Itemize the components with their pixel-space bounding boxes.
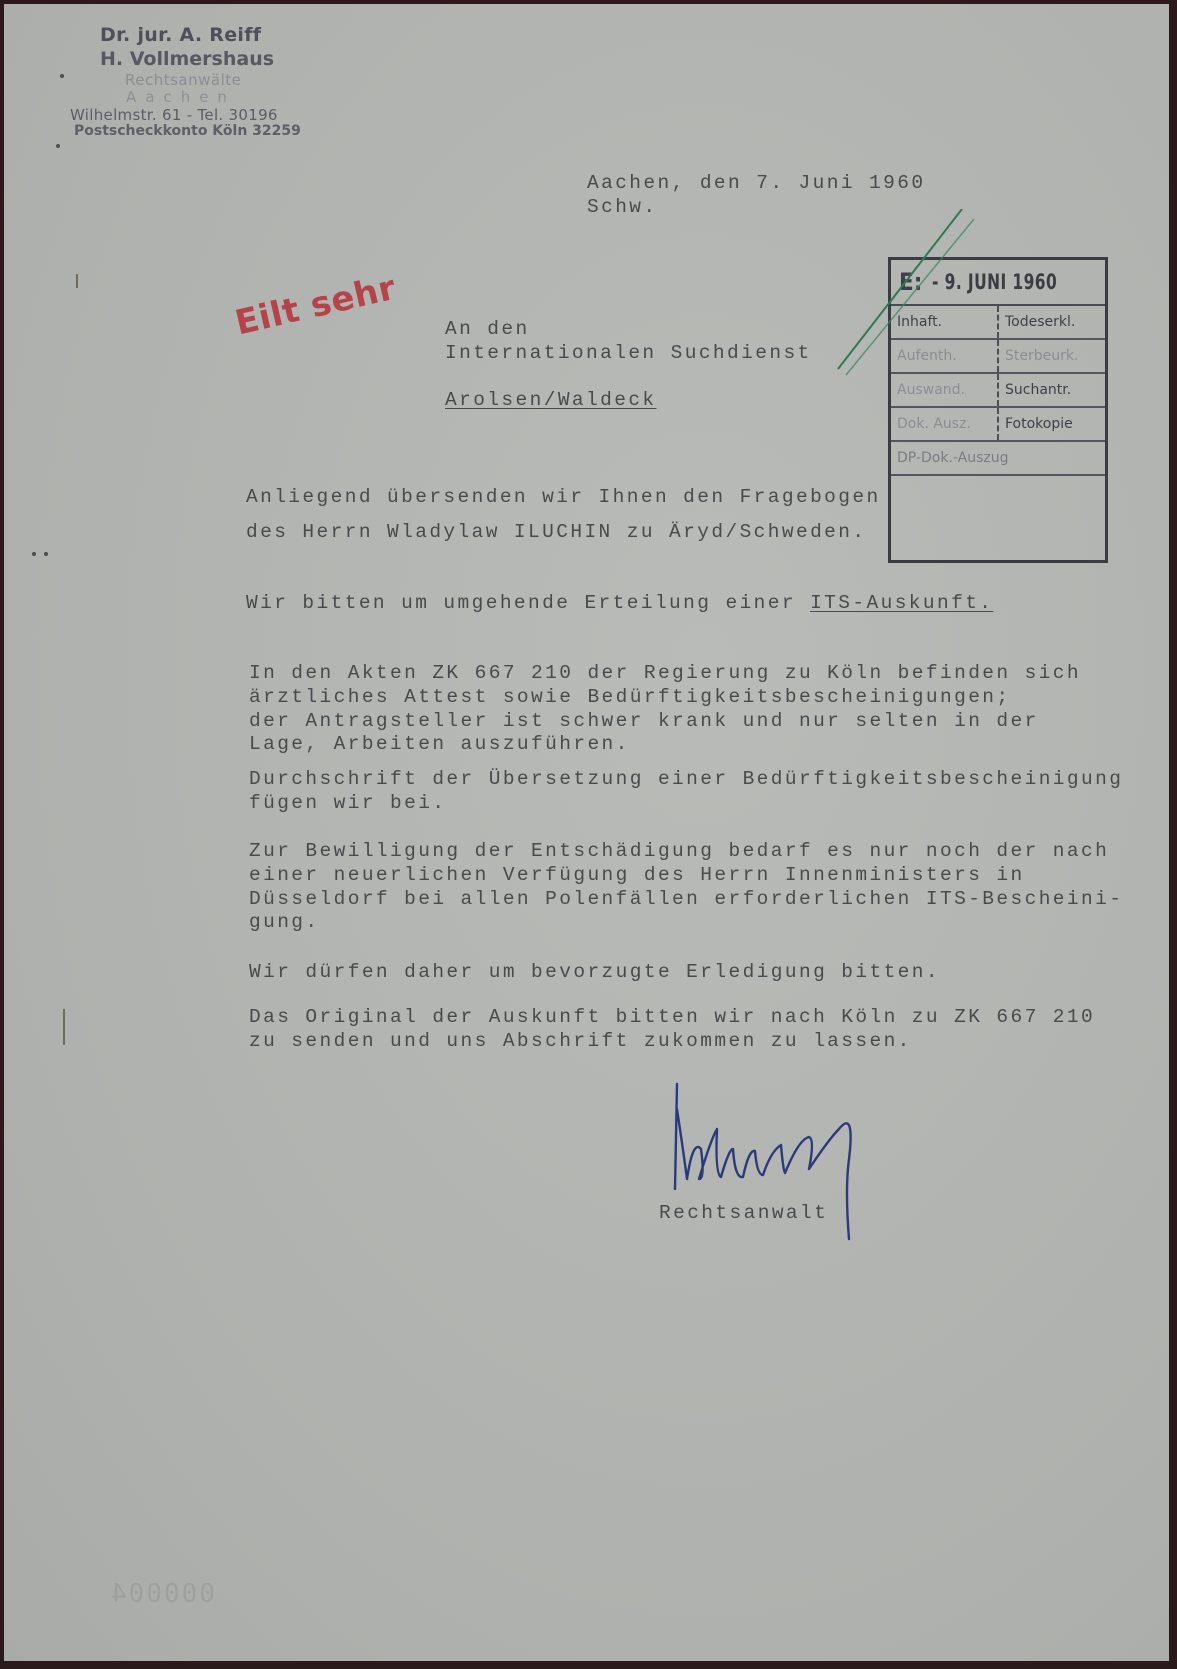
letterhead-name-1: Dr. jur. A. Reiff xyxy=(100,26,301,45)
stamp-cell: Aufenth. xyxy=(891,340,997,372)
stamp-bottom-row: DP-Dok.-Auszug xyxy=(891,442,1105,476)
paragraph-3: In den Akten ZK 667 210 der Regierung zu… xyxy=(249,662,1081,757)
stamp-row: Auswand. Suchantr. xyxy=(891,374,1105,408)
urgent-stamp: Eilt sehr xyxy=(232,268,400,344)
recipient-city: Arolsen/Waldeck xyxy=(445,389,657,412)
archive-number: 000004 xyxy=(109,1579,215,1609)
recipient-line-1: An den xyxy=(445,318,530,341)
stamp-label: E: xyxy=(899,268,922,296)
paragraph-4: Durchschrift der Übersetzung einer Bedür… xyxy=(249,768,1123,816)
signatory-title: Rechtsanwalt xyxy=(659,1202,828,1225)
letter-page: Dr. jur. A. Reiff H. Vollmershaus Rechts… xyxy=(4,4,1169,1661)
reference-initials: Schw. xyxy=(587,196,658,219)
letterhead-address: Wilhelmstr. 61 - Tel. 30196 xyxy=(70,108,301,123)
stamp-header: E: - 9. JUNI 1960 xyxy=(891,260,1105,306)
its-auskunft-underlined: ITS-Auskunft. xyxy=(810,592,993,614)
place-date: Aachen, den 7. Juni 1960 xyxy=(587,172,925,195)
stamp-cell: Todeserkl. xyxy=(997,306,1105,338)
stamp-date: - 9. JUNI 1960 xyxy=(932,270,1057,294)
paragraph-1-line-1: Anliegend übersenden wir Ihnen den Frage… xyxy=(246,486,881,509)
margin-dot xyxy=(60,74,64,78)
margin-mark xyxy=(76,274,78,288)
recipient-line-2: Internationalen Suchdienst xyxy=(445,342,812,365)
stamp-row: Dok. Ausz. Fotokopie xyxy=(891,408,1105,442)
stamp-row: Inhaft. Todeserkl. xyxy=(891,306,1105,340)
stamp-cell: Fotokopie xyxy=(997,408,1105,440)
margin-dot xyxy=(32,552,36,556)
stamp-cell: Sterbeurk. xyxy=(997,340,1105,372)
paragraph-6: Wir dürfen daher um bevorzugte Erledigun… xyxy=(249,961,940,984)
paragraph-5: Zur Bewilligung der Entschädigung bedarf… xyxy=(249,840,1123,935)
letterhead: Dr. jur. A. Reiff H. Vollmershaus Rechts… xyxy=(70,26,301,138)
stamp-cell: Inhaft. xyxy=(891,306,997,338)
received-stamp: E: - 9. JUNI 1960 Inhaft. Todeserkl. Auf… xyxy=(888,257,1108,563)
paragraph-7: Das Original der Auskunft bitten wir nac… xyxy=(249,1006,1095,1054)
paragraph-2: Wir bitten um umgehende Erteilung einer … xyxy=(246,592,993,615)
paragraph-2-text: Wir bitten um umgehende Erteilung einer xyxy=(246,592,810,614)
margin-dot xyxy=(44,552,48,556)
stamp-cell: Dok. Ausz. xyxy=(891,408,997,440)
stamp-row: Aufenth. Sterbeurk. xyxy=(891,340,1105,374)
paragraph-1-line-2: des Herrn Wladylaw ILUCHIN zu Äryd/Schwe… xyxy=(246,521,866,544)
stamp-cell: Suchantr. xyxy=(997,374,1105,406)
stamp-cell: Auswand. xyxy=(891,374,997,406)
margin-mark xyxy=(63,1009,65,1045)
letterhead-bank: Postscheckkonto Köln 32259 xyxy=(74,124,301,138)
letterhead-city: Aachen xyxy=(126,90,301,105)
letterhead-name-2: H. Vollmershaus xyxy=(100,50,301,69)
letterhead-profession: Rechtsanwälte xyxy=(125,73,301,88)
margin-dot xyxy=(56,144,60,148)
